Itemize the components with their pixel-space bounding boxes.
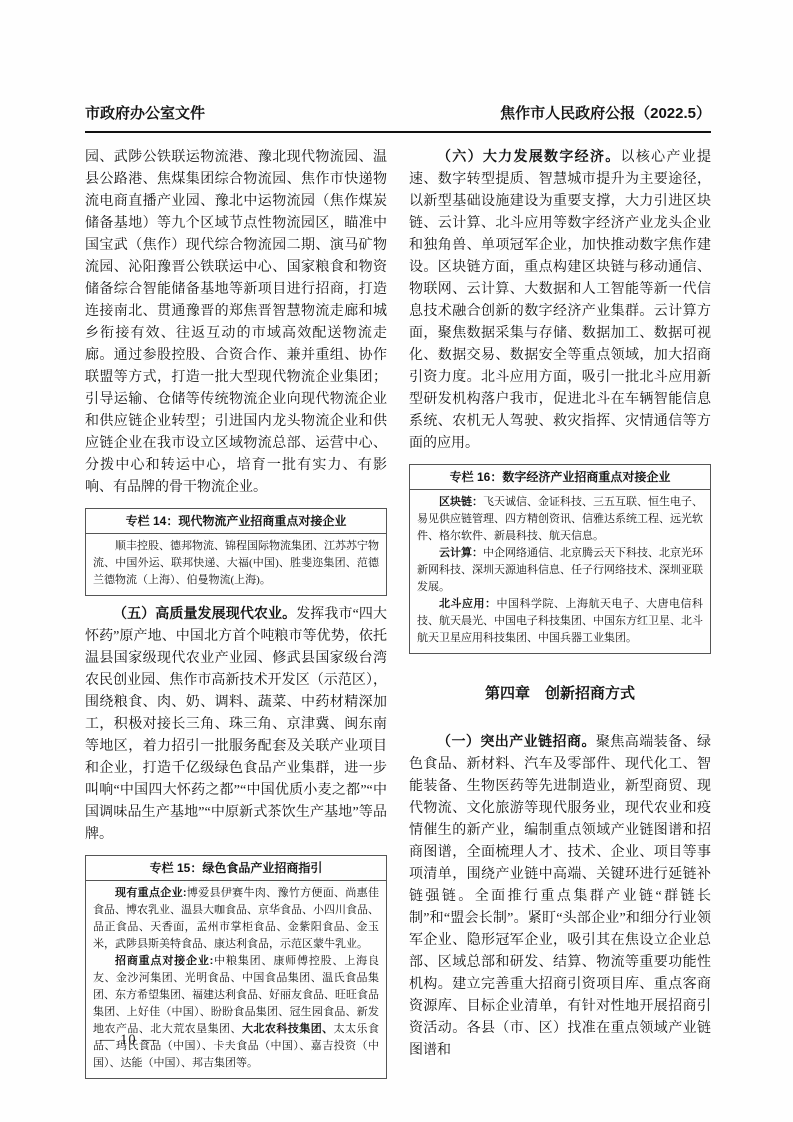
paragraph-logistics-continuation: 园、武陟公铁联运物流港、豫北现代物流园、温县公路港、焦煤集团综合物流园、焦作市快…: [85, 147, 387, 499]
header-left-title: 市政府办公室文件: [85, 102, 205, 123]
existing-enterprises-label: 现有重点企业:: [115, 887, 187, 899]
feature-box-16: 专栏 16：数字经济产业招商重点对接企业 区块链：飞天诚信、金证科技、三五互联、…: [409, 464, 711, 654]
section-6-text: 以核心产业提速、数字转型提质、智慧城市提升为主要途径，以新型基础设施建设为重要支…: [409, 150, 711, 451]
feature-box-14-text: 顺丰控股、德邦物流、锦程国际物流集团、江苏苏宁物流、中国外运、联邦快递、大福(中…: [93, 538, 379, 589]
page-content: 市政府办公室文件 焦作市人民政府公报（2022.5） 园、武陟公铁联运物流港、豫…: [85, 102, 711, 1087]
blockchain-enterprises-row: 区块链：飞天诚信、金证科技、三五互联、恒生电子、易见供应链管理、四方精创资讯、信…: [417, 494, 703, 545]
section-1-text: 聚焦高端装备、绿色食品、新材料、汽车及零部件、现代化工、智能装备、生物医药等先进…: [409, 735, 711, 1058]
blockchain-label: 区块链：: [439, 496, 483, 508]
section-1-lead: （一）突出产业链招商。: [437, 735, 596, 750]
gazette-page: 市政府办公室文件 焦作市人民政府公报（2022.5） 园、武陟公铁联运物流港、豫…: [0, 0, 793, 1122]
page-header: 市政府办公室文件 焦作市人民政府公报（2022.5）: [85, 102, 711, 133]
beidou-label: 北斗应用：: [439, 598, 497, 610]
left-column: 园、武陟公铁联运物流港、豫北现代物流园、温县公路港、焦煤集团综合物流园、焦作市快…: [85, 147, 387, 1087]
two-column-layout: 园、武陟公铁联运物流港、豫北现代物流园、温县公路港、焦煤集团综合物流园、焦作市快…: [85, 147, 711, 1087]
feature-box-16-body: 区块链：飞天诚信、金证科技、三五互联、恒生电子、易见供应链管理、四方精创资讯、信…: [410, 490, 710, 653]
page-number: — 10 —: [100, 1032, 157, 1049]
feature-box-15-target-enterprises: 招商重点对接企业:中粮集团、康师傅控股、上海良友、金沙河集团、光明食品、中国食品…: [93, 953, 379, 1072]
feature-box-16-title: 专栏 16：数字经济产业招商重点对接企业: [410, 465, 710, 490]
feature-box-14-title: 专栏 14：现代物流产业招商重点对接企业: [86, 509, 386, 534]
right-column: （六）大力发展数字经济。以核心产业提速、数字转型提质、智慧城市提升为主要途径，以…: [409, 147, 711, 1087]
beidou-enterprises-row: 北斗应用：中国科学院、上海航天电子、大唐电信科技、航天晨光、中国电子科技集团、中…: [417, 596, 703, 647]
paragraph-section-1: （一）突出产业链招商。聚焦高端装备、绿色食品、新材料、汽车及零部件、现代化工、智…: [409, 732, 711, 1062]
paragraph-section-6: （六）大力发展数字经济。以核心产业提速、数字转型提质、智慧城市提升为主要途径，以…: [409, 147, 711, 455]
section-5-lead: （五）高质量发展现代农业。: [113, 607, 296, 622]
cloud-computing-enterprises-row: 云计算：中企网络通信、北京腾云天下科技、北京光环新网科技、深圳天源迪科信息、任子…: [417, 545, 703, 596]
paragraph-section-5: （五）高质量发展现代农业。发挥我市“四大怀药”原产地、中国北方首个吨粮市等优势，…: [85, 604, 387, 846]
section-6-lead: （六）大力发展数字经济。: [437, 150, 621, 165]
chapter-4-heading: 第四章 创新招商方式: [409, 683, 711, 705]
cloud-computing-label: 云计算：: [439, 547, 483, 559]
feature-box-15-existing-enterprises: 现有重点企业:博爱县伊赛牛肉、豫竹方便面、尚惠佳食品、博农乳业、温县大咖食品、京…: [93, 885, 379, 953]
header-right-title: 焦作市人民政府公报（2022.5）: [500, 102, 711, 123]
section-5-text: 发挥我市“四大怀药”原产地、中国北方首个吨粮市等优势，依托温县国家级现代农业产业…: [85, 607, 387, 842]
feature-box-15-title: 专栏 15：绿色食品产业招商指引: [86, 856, 386, 881]
feature-box-14: 专栏 14：现代物流产业招商重点对接企业 顺丰控股、德邦物流、锦程国际物流集团、…: [85, 508, 387, 596]
target-enterprises-bold: 大北农科技集团、: [242, 1023, 334, 1035]
feature-box-14-body: 顺丰控股、德邦物流、锦程国际物流集团、江苏苏宁物流、中国外运、联邦快递、大福(中…: [86, 534, 386, 595]
target-enterprises-label: 招商重点对接企业:: [115, 955, 213, 967]
